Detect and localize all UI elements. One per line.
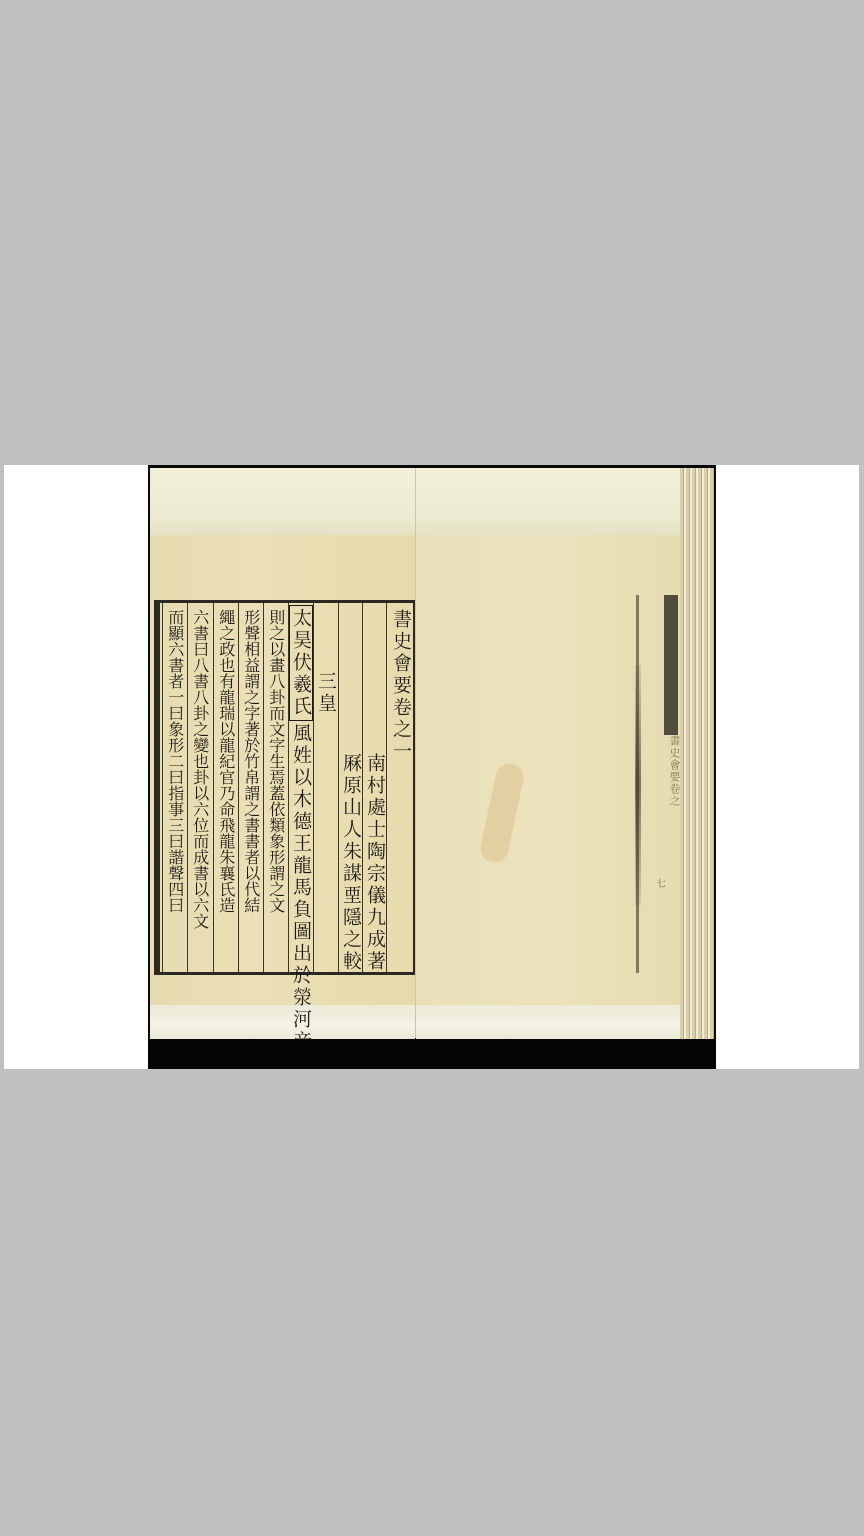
text-line: 風姓以木德王龍馬負圖出於滎河帝 — [290, 723, 312, 1053]
text-line: 而顯六書者一曰象形二曰指事三曰諧聲四曰 — [166, 609, 184, 913]
scan-bottom-shadow — [148, 1039, 716, 1069]
text-line: 則之以畫八卦而文字生焉蓋依類象形謂之文 — [267, 609, 285, 913]
edge-fishtail-block — [664, 595, 678, 735]
top-guard-paper — [150, 468, 415, 536]
title-column: 書史會要卷之一 — [386, 603, 415, 972]
text-line: 六書曰八書八卦之變也卦以六位而成書以六文 — [191, 609, 209, 929]
text-line: 繩之政也有龍瑞以龍紀官乃命飛龍朱襄氏造 — [217, 609, 235, 913]
author-line: 南村處士陶宗儀九成著 — [364, 753, 386, 973]
text-column-5: 六書曰八書八卦之變也卦以六位而成書以六文 — [187, 603, 212, 972]
edge-border-line — [636, 595, 639, 973]
left-page: 書史會要卷之一 南村處士陶宗儀九成著 厤原山人朱謀垔隱之較 三皇 太昊伏羲氏 風… — [150, 468, 415, 1038]
text-line: 形聲相益謂之字著於竹帛謂之書書者以代結 — [242, 609, 260, 913]
text-column-3: 形聲相益謂之字著於竹帛謂之書書者以代結 — [238, 603, 263, 972]
text-column-4: 繩之政也有龍瑞以龍紀官乃命飛龍朱襄氏造 — [213, 603, 238, 972]
printed-text-frame: 書史會要卷之一 南村處士陶宗儀九成著 厤原山人朱謀垔隱之較 三皇 太昊伏羲氏 風… — [154, 600, 416, 975]
author-column: 南村處士陶宗儀九成著 — [362, 603, 387, 972]
bottom-guard-paper — [416, 1005, 680, 1041]
top-guard-paper — [416, 468, 680, 536]
section-heading: 三皇 — [315, 671, 337, 715]
editor-line: 厤原山人朱謀垔隱之較 — [340, 753, 362, 973]
entry-name: 太昊伏羲氏 — [289, 605, 313, 721]
text-column-1: 太昊伏羲氏 風姓以木德王龍馬負圖出於滎河帝 — [288, 603, 313, 972]
editor-column: 厤原山人朱謀垔隱之較 — [338, 603, 363, 972]
text-column-2: 則之以畫八卦而文字生焉蓋依類象形謂之文 — [263, 603, 288, 972]
page-edges-stack — [680, 468, 714, 1043]
book-title: 書史會要卷之一 — [390, 609, 412, 763]
section-column: 三皇 — [313, 603, 338, 972]
book-spread: 書史會要卷之一 南村處士陶宗儀九成著 厤原山人朱謀垔隱之較 三皇 太昊伏羲氏 風… — [148, 465, 716, 1069]
edge-folio: 七 — [656, 875, 666, 890]
next-page-edge: 書史會要卷之 七 — [636, 595, 680, 973]
bottom-guard-paper — [150, 1005, 415, 1041]
text-column-6: 而顯六書者一曰象形二曰指事三曰諧聲四曰 — [162, 603, 187, 972]
